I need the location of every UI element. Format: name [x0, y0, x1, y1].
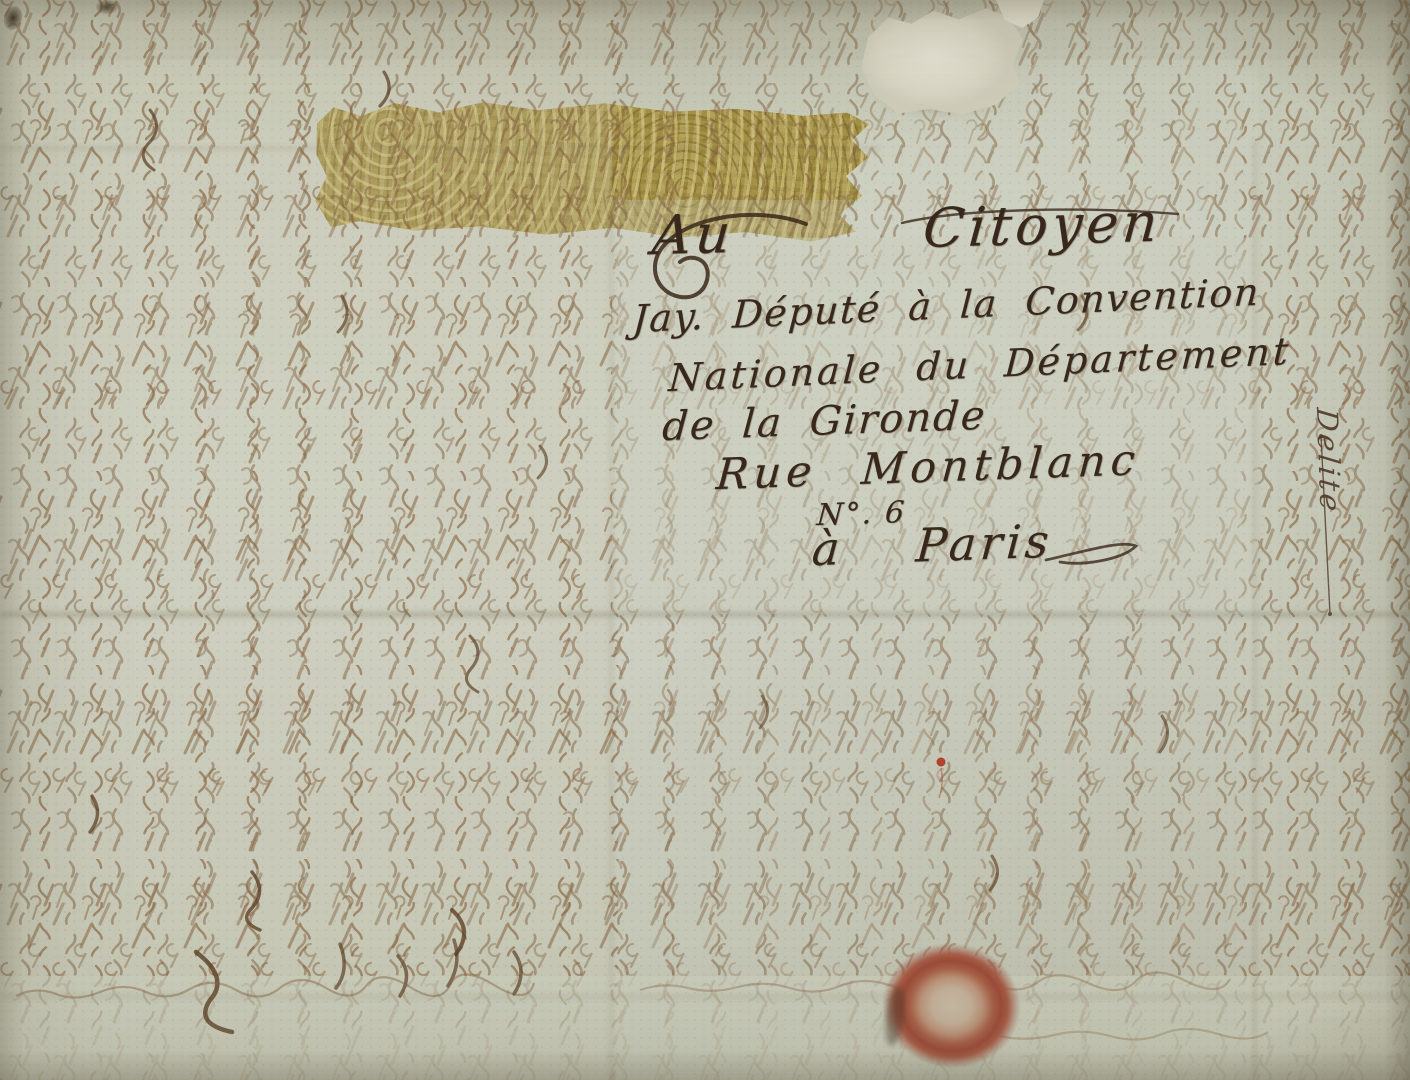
side-annotation: Delite: [1310, 406, 1348, 515]
address-line-city: à Paris: [810, 514, 1054, 577]
address-line-recipient: Au Citoyen: [650, 191, 1164, 267]
bleedthrough-artwork: [0, 0, 1410, 1080]
letter-scan: Au Citoyen Jay. Député à la Convention N…: [0, 0, 1410, 1080]
ink-blot: [96, 0, 118, 14]
paper-grain: [0, 0, 1410, 1080]
